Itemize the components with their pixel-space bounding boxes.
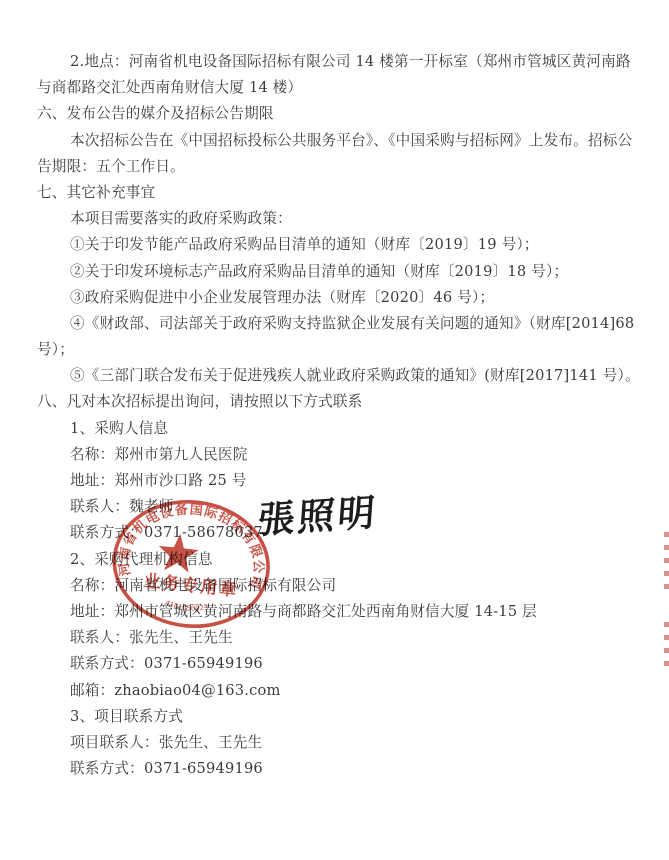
text-line: 邮箱：zhaobiao04@163.com: [37, 678, 639, 704]
text-line: 1、采购人信息: [37, 416, 639, 442]
edge-stamp-fragment: [664, 622, 669, 674]
handwritten-signature: 張照明: [256, 482, 380, 545]
seal-label: 业务专用章: [143, 570, 240, 601]
text-line: 八、凡对本次招标提出询问，请按照以下方式联系: [37, 389, 639, 415]
text-line: 号）；: [37, 337, 639, 363]
text-line: ④《财政部、司法部关于政府采购支持监狱企业发展有关问题的通知》（财库[2014]…: [37, 311, 639, 337]
text-line: 本次招标公告在《中国招标投标公共服务平台》、《中国采购与招标网》上发布。招标公: [37, 128, 639, 154]
text-line: 与商都路交汇处西南角财信大厦 14 楼）: [37, 75, 639, 101]
text-line: 名称：郑州市第九人民医院: [37, 442, 639, 468]
star-icon: [156, 532, 200, 574]
text-line: ③政府采购促进中小企业发展管理办法（财库〔2020〕46 号）；: [37, 285, 639, 311]
text-line: 项目联系人：张先生、王先生: [37, 730, 639, 756]
text-line: 3、项目联系方式: [37, 704, 639, 730]
text-line: 七、其它补充事宜: [37, 180, 639, 206]
text-line: 联系方式：0371-65949196: [37, 651, 639, 677]
document-lines: 2.地点：河南省机电设备国际招标有限公司 14 楼第一开标室（郑州市管城区黄河南…: [37, 49, 639, 782]
text-line: ⑤《三部门联合发布关于促进残疾人就业政府采购政策的通知》(财库[2017]141…: [37, 363, 639, 389]
text-line: 六、发布公告的媒介及招标公告期限: [37, 101, 639, 127]
text-line: ②关于印发环境标志产品政府采购品目清单的通知（财库〔2019〕18 号）；: [37, 259, 639, 285]
document-page: 2.地点：河南省机电设备国际招标有限公司 14 楼第一开标室（郑州市管城区黄河南…: [0, 0, 669, 860]
text-line: 本项目需要落实的政府采购政策：: [37, 206, 639, 232]
edge-stamp-fragment: [664, 532, 669, 592]
text-line: ①关于印发节能产品政府采购品目清单的通知（财库〔2019〕19 号）；: [37, 232, 639, 258]
document-body: 2.地点：河南省机电设备国际招标有限公司 14 楼第一开标室（郑州市管城区黄河南…: [37, 49, 639, 782]
text-line: 告期限：五个工作日。: [37, 154, 639, 180]
text-line: 联系方式：0371-65949196: [37, 756, 639, 782]
text-line: 2.地点：河南省机电设备国际招标有限公司 14 楼第一开标室（郑州市管城区黄河南…: [37, 49, 639, 75]
seal-code: 4101050023: [164, 599, 210, 615]
